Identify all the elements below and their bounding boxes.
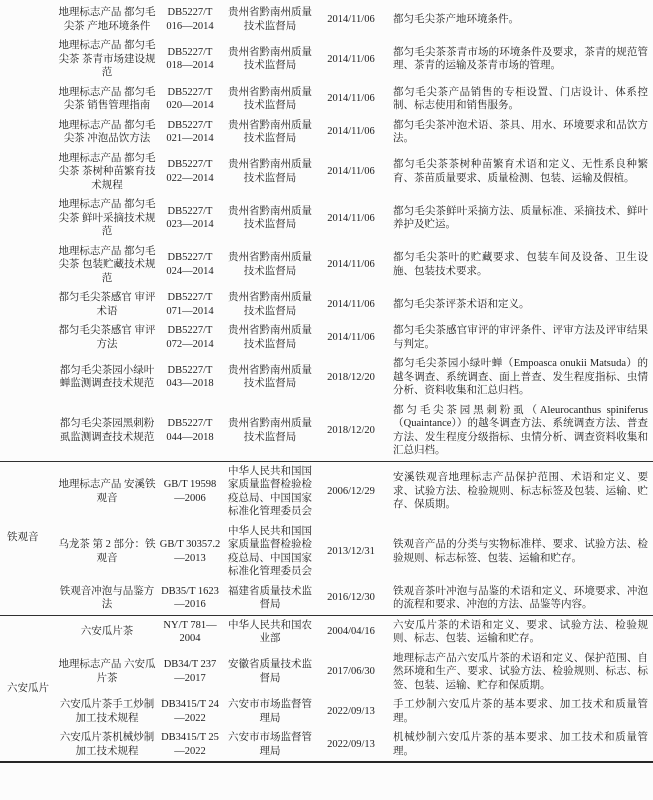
standard-name-cell: 地理标志产品 都匀毛尖茶 茶树种苗繁育技术规程 <box>56 149 158 196</box>
scope-description-cell: 都匀毛尖茶茶树种苗繁育术语和定义、无性系良种繁育、茶苗质量要求、质量检测、包装、… <box>384 149 653 196</box>
standard-code-cell: DB5227/T 021—2014 <box>158 116 222 149</box>
issue-date-cell: 2014/11/06 <box>318 83 384 116</box>
scope-description-cell: 地理标志产品六安瓜片茶的术语和定义、保护范围、自然环境和生产、要求、试验方法、检… <box>384 649 653 696</box>
issuing-agency-cell: 中华人民共和国国家质量监督检验检疫总局、中国国家标准化管理委员会 <box>222 461 318 522</box>
table-row: 地理标志产品 都匀毛尖茶 产地环境条件DB5227/T 016—2014贵州省黔… <box>0 3 653 36</box>
issuing-agency-cell: 福建省质量技术监督局 <box>222 582 318 616</box>
table-row: 地理标志产品 六安瓜片茶DB34/T 237—2017安徽省质量技术监督局201… <box>0 649 653 696</box>
issuing-agency-cell: 贵州省黔南州质量技术监督局 <box>222 83 318 116</box>
issue-date-cell: 2006/12/29 <box>318 461 384 522</box>
issue-date-cell: 2014/11/06 <box>318 116 384 149</box>
issue-date-cell: 2014/11/06 <box>318 195 384 242</box>
standard-code-cell: GB/T 19598—2006 <box>158 461 222 522</box>
standards-table: 地理标志产品 都匀毛尖茶 产地环境条件DB5227/T 016—2014贵州省黔… <box>0 3 653 763</box>
standard-code-cell: DB34/T 237—2017 <box>158 649 222 696</box>
issuing-agency-cell: 贵州省黔南州质量技术监督局 <box>222 116 318 149</box>
issuing-agency-cell: 贵州省黔南州质量技术监督局 <box>222 36 318 83</box>
standard-name-cell: 地理标志产品 都匀毛尖茶 冲泡品饮方法 <box>56 116 158 149</box>
issuing-agency-cell: 六安市市场监督管理局 <box>222 695 318 728</box>
scope-description-cell: 都匀毛尖茶感官审评的审评条件、评审方法及评审结果与判定。 <box>384 321 653 354</box>
scope-description-cell: 铁观音产品的分类与实物标准样、要求、试验方法、检验规则、标志标签、包装、运输和贮… <box>384 522 653 582</box>
scope-description-cell: 都匀毛尖茶冲泡术语、茶具、用水、环境要求和品饮方法。 <box>384 116 653 149</box>
standard-code-cell: DB5227/T 024—2014 <box>158 242 222 289</box>
table-row: 六安瓜片茶手工炒制加工技术规程DB3415/T 24—2022六安市市场监督管理… <box>0 695 653 728</box>
issuing-agency-cell: 中华人民共和国农业部 <box>222 615 318 649</box>
table-row: 六安瓜片六安瓜片茶NY/T 781—2004中华人民共和国农业部2004/04/… <box>0 615 653 649</box>
issue-date-cell: 2022/09/13 <box>318 695 384 728</box>
standard-name-cell: 都匀毛尖茶感官 审评术语 <box>56 288 158 321</box>
standard-name-cell: 都匀毛尖茶感官 审评方法 <box>56 321 158 354</box>
issue-date-cell: 2014/11/06 <box>318 3 384 36</box>
table-row: 地理标志产品 都匀毛尖茶 包装贮藏技术规范DB5227/T 024—2014贵州… <box>0 242 653 289</box>
table-row: 六安瓜片茶机械炒制加工技术规程DB3415/T 25—2022六安市市场监督管理… <box>0 728 653 762</box>
table-row: 都匀毛尖茶园小绿叶蝉监测调查技术规范DB5227/T 043—2018贵州省黔南… <box>0 354 653 401</box>
table-group: 六安瓜片六安瓜片茶NY/T 781—2004中华人民共和国农业部2004/04/… <box>0 615 653 762</box>
standard-code-cell: DB5227/T 020—2014 <box>158 83 222 116</box>
scope-description-cell: 都匀毛尖茶园小绿叶蝉（Empoasca onukii Matsuda）的越冬调查… <box>384 354 653 401</box>
standard-code-cell: DB3415/T 25—2022 <box>158 728 222 762</box>
scope-description-cell: 都匀毛尖茶叶的贮藏要求、包装车间及设备、卫生设施、包装技术要求。 <box>384 242 653 289</box>
issuing-agency-cell: 安徽省质量技术监督局 <box>222 649 318 696</box>
standard-name-cell: 地理标志产品 都匀毛尖茶 销售管理指南 <box>56 83 158 116</box>
issuing-agency-cell: 贵州省黔南州质量技术监督局 <box>222 149 318 196</box>
issue-date-cell: 2014/11/06 <box>318 36 384 83</box>
table-row: 地理标志产品 都匀毛尖茶 鲜叶采摘技术规范DB5227/T 023—2014贵州… <box>0 195 653 242</box>
standard-name-cell: 地理标志产品 都匀毛尖茶 鲜叶采摘技术规范 <box>56 195 158 242</box>
standard-name-cell: 地理标志产品 六安瓜片茶 <box>56 649 158 696</box>
scope-description-cell: 铁观音茶叶冲泡与品鉴的术语和定义、环境要求、冲泡的流程和要求、冲泡的方法、品鉴等… <box>384 582 653 616</box>
standard-name-cell: 铁观音冲泡与品鉴方法 <box>56 582 158 616</box>
scope-description-cell: 都匀毛尖茶茶青市场的环境条件及要求，茶青的规范管理、茶青的运输及茶青市场的管理。 <box>384 36 653 83</box>
scope-description-cell: 都匀毛尖茶产地环境条件。 <box>384 3 653 36</box>
issue-date-cell: 2017/06/30 <box>318 649 384 696</box>
issue-date-cell: 2022/09/13 <box>318 728 384 762</box>
group-label <box>0 3 56 461</box>
standard-code-cell: NY/T 781—2004 <box>158 615 222 649</box>
table-group: 地理标志产品 都匀毛尖茶 产地环境条件DB5227/T 016—2014贵州省黔… <box>0 3 653 461</box>
issue-date-cell: 2018/12/20 <box>318 354 384 401</box>
standard-name-cell: 地理标志产品 都匀毛尖茶 产地环境条件 <box>56 3 158 36</box>
standard-code-cell: DB35/T 1623—2016 <box>158 582 222 616</box>
standard-name-cell: 都匀毛尖茶园黑刺粉虱监测调查技术规范 <box>56 401 158 462</box>
issuing-agency-cell: 贵州省黔南州质量技术监督局 <box>222 354 318 401</box>
standard-name-cell: 地理标志产品 都匀毛尖茶 包装贮藏技术规范 <box>56 242 158 289</box>
issuing-agency-cell: 贵州省黔南州质量技术监督局 <box>222 321 318 354</box>
group-label: 铁观音 <box>0 461 56 615</box>
standard-code-cell: DB5227/T 071—2014 <box>158 288 222 321</box>
table-row: 都匀毛尖茶感官 审评方法DB5227/T 072—2014贵州省黔南州质量技术监… <box>0 321 653 354</box>
group-label: 六安瓜片 <box>0 615 56 762</box>
scope-description-cell: 都匀毛尖茶园黑刺粉虱（Aleurocanthus spiniferus（Quai… <box>384 401 653 462</box>
table-row: 都匀毛尖茶感官 审评术语DB5227/T 071—2014贵州省黔南州质量技术监… <box>0 288 653 321</box>
table-row: 都匀毛尖茶园黑刺粉虱监测调查技术规范DB5227/T 044—2018贵州省黔南… <box>0 401 653 462</box>
issuing-agency-cell: 贵州省黔南州质量技术监督局 <box>222 288 318 321</box>
table-row: 地理标志产品 都匀毛尖茶 销售管理指南DB5227/T 020—2014贵州省黔… <box>0 83 653 116</box>
standard-code-cell: DB5227/T 023—2014 <box>158 195 222 242</box>
table-row: 铁观音地理标志产品 安溪铁观音GB/T 19598—2006中华人民共和国国家质… <box>0 461 653 522</box>
standard-code-cell: DB5227/T 016—2014 <box>158 3 222 36</box>
table-row: 地理标志产品 都匀毛尖茶 茶青市场建设规范DB5227/T 018—2014贵州… <box>0 36 653 83</box>
standard-code-cell: DB5227/T 022—2014 <box>158 149 222 196</box>
issuing-agency-cell: 中华人民共和国国家质量监督检验检疫总局、中国国家标准化管理委员会 <box>222 522 318 582</box>
standard-code-cell: DB3415/T 24—2022 <box>158 695 222 728</box>
issue-date-cell: 2004/04/16 <box>318 615 384 649</box>
standard-code-cell: DB5227/T 018—2014 <box>158 36 222 83</box>
issue-date-cell: 2014/11/06 <box>318 242 384 289</box>
table-group: 铁观音地理标志产品 安溪铁观音GB/T 19598—2006中华人民共和国国家质… <box>0 461 653 615</box>
issue-date-cell: 2014/11/06 <box>318 149 384 196</box>
table-row: 乌龙茶 第 2 部分：铁观音GB/T 30357.2—2013中华人民共和国国家… <box>0 522 653 582</box>
standard-code-cell: DB5227/T 072—2014 <box>158 321 222 354</box>
issuing-agency-cell: 贵州省黔南州质量技术监督局 <box>222 3 318 36</box>
table-row: 地理标志产品 都匀毛尖茶 冲泡品饮方法DB5227/T 021—2014贵州省黔… <box>0 116 653 149</box>
issue-date-cell: 2013/12/31 <box>318 522 384 582</box>
issuing-agency-cell: 贵州省黔南州质量技术监督局 <box>222 401 318 462</box>
standard-name-cell: 地理标志产品 安溪铁观音 <box>56 461 158 522</box>
standard-code-cell: DB5227/T 044—2018 <box>158 401 222 462</box>
standard-name-cell: 六安瓜片茶机械炒制加工技术规程 <box>56 728 158 762</box>
issuing-agency-cell: 贵州省黔南州质量技术监督局 <box>222 242 318 289</box>
standard-name-cell: 六安瓜片茶手工炒制加工技术规程 <box>56 695 158 728</box>
standard-name-cell: 乌龙茶 第 2 部分：铁观音 <box>56 522 158 582</box>
issue-date-cell: 2014/11/06 <box>318 321 384 354</box>
scope-description-cell: 手工炒制六安瓜片茶的基本要求、加工技术和质量管理。 <box>384 695 653 728</box>
issue-date-cell: 2014/11/06 <box>318 288 384 321</box>
standard-code-cell: GB/T 30357.2—2013 <box>158 522 222 582</box>
scope-description-cell: 都匀毛尖茶鲜叶采摘方法、质量标准、采摘技术、鲜叶养护及贮运。 <box>384 195 653 242</box>
issuing-agency-cell: 贵州省黔南州质量技术监督局 <box>222 195 318 242</box>
issue-date-cell: 2016/12/30 <box>318 582 384 616</box>
scope-description-cell: 机械炒制六安瓜片茶的基本要求、加工技术和质量管理。 <box>384 728 653 762</box>
scope-description-cell: 都匀毛尖茶产品销售的专柜设置、门店设计、体系控制、标志使用和销售服务。 <box>384 83 653 116</box>
standard-name-cell: 都匀毛尖茶园小绿叶蝉监测调查技术规范 <box>56 354 158 401</box>
standard-code-cell: DB5227/T 043—2018 <box>158 354 222 401</box>
scope-description-cell: 安溪铁观音地理标志产品保护范围、术语和定义、要求、试验方法、检验规则、标志标签及… <box>384 461 653 522</box>
scope-description-cell: 六安瓜片茶的术语和定义、要求、试验方法、检验规则、标志、包装、运输和贮存。 <box>384 615 653 649</box>
standard-name-cell: 地理标志产品 都匀毛尖茶 茶青市场建设规范 <box>56 36 158 83</box>
issuing-agency-cell: 六安市市场监督管理局 <box>222 728 318 762</box>
table-row: 地理标志产品 都匀毛尖茶 茶树种苗繁育技术规程DB5227/T 022—2014… <box>0 149 653 196</box>
scope-description-cell: 都匀毛尖茶评茶术语和定义。 <box>384 288 653 321</box>
table-row: 铁观音冲泡与品鉴方法DB35/T 1623—2016福建省质量技术监督局2016… <box>0 582 653 616</box>
issue-date-cell: 2018/12/20 <box>318 401 384 462</box>
standard-name-cell: 六安瓜片茶 <box>56 615 158 649</box>
